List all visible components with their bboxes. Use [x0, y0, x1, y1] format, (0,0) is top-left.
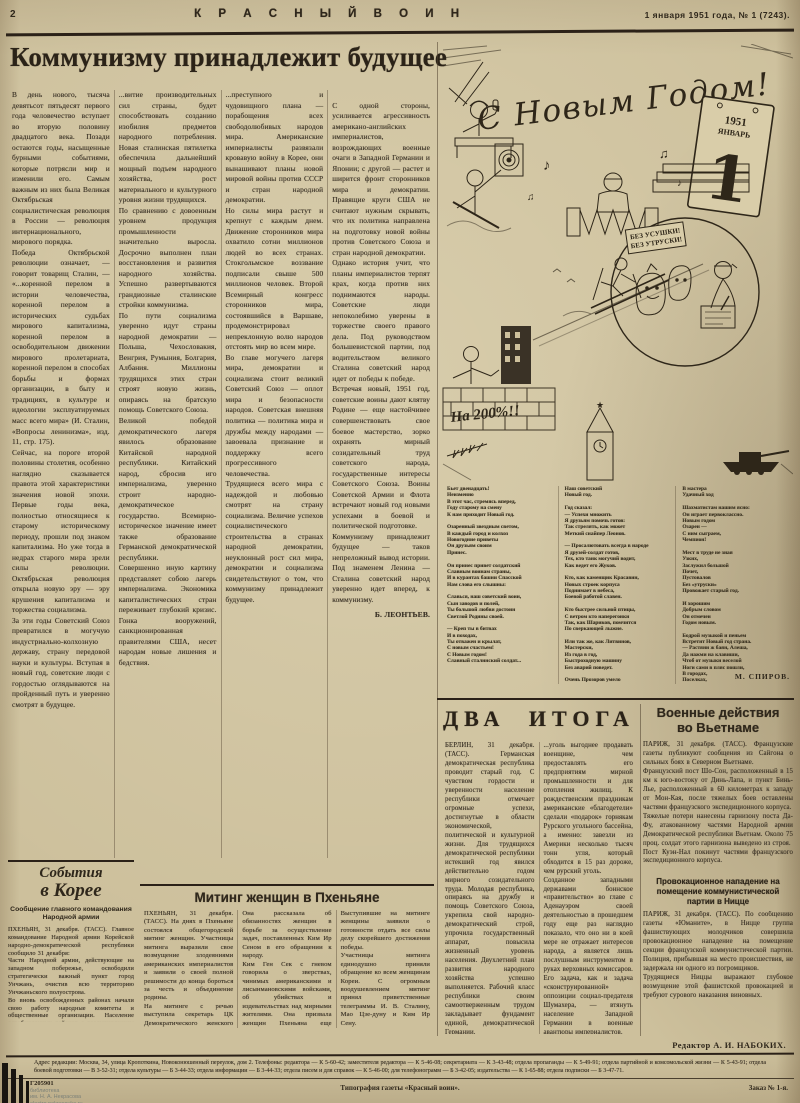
main-article-byline: Б. ЛЕОНТЬЕВ. — [332, 610, 430, 621]
parcel-vignette: БЕЗ УСУШКИ! БЕЗ УТРУСКИ! — [611, 218, 759, 366]
scan-registration-bars — [2, 1061, 32, 1103]
calendar-leaf: 1951 ЯНВАРЬ 1 — [687, 96, 774, 220]
editor-credit: Редактор А. И. НАБОКИХ. — [672, 1040, 786, 1050]
new-year-illustration: С Новым Годом! 1951 ЯНВАРЬ 1 — [441, 44, 793, 482]
newspaper-page: { "masthead": { "page_number": "2", "tit… — [0, 0, 800, 1103]
main-article-column-4-text: С одной стороны, усиливается агрессивнос… — [332, 101, 430, 604]
bricks-percent-label: На 200%!! — [449, 403, 521, 426]
main-article-column-1: В день нового, тысяча девятьсот пятьдеся… — [8, 90, 114, 858]
print-order-number: Заказ № 1-я. — [749, 1084, 788, 1092]
main-article-column-3: ...преступного и чудовищного плана — пор… — [221, 90, 328, 858]
meeting-column-1: ПХЕНЬЯН, 31 декабря. (ТАСС). На днях в П… — [140, 910, 237, 1028]
dva-itoga-column-1: БЕРЛИН, 31 декабря. (ТАСС). Германская д… — [441, 742, 539, 1034]
nice-attack-body: ПАРИЖ, 31 декабря. (ТАСС). По сообщению … — [643, 911, 793, 1031]
poem-column-3: В мастера Удачный ход Шахматистам нашим … — [675, 486, 793, 684]
newspaper-title: К Р А С Н Ы Й В О И Н — [194, 8, 466, 20]
main-article-columns: В день нового, тысяча девятьсот пятьдеся… — [8, 90, 434, 858]
poem-column-2: Наш советский Новый год. Год сказал: — У… — [558, 486, 676, 684]
tower-star-icon: ★ — [596, 400, 604, 410]
vietnam-body: ПАРИЖ, 31 декабря. (ТАСС). Французские г… — [643, 741, 793, 869]
footer-rule-bottom — [6, 1078, 794, 1079]
meeting-column-3: Выступившие на митинге женщины заявили о… — [336, 910, 434, 1028]
dva-itoga-headline: ДВА ИТОГА — [441, 706, 637, 732]
korea-events-article: События в Корее Сообщение главного коман… — [8, 860, 134, 1038]
meeting-column-2: Она рассказала об обязанностях женщин в … — [237, 910, 335, 1028]
rifleman-target-figure — [447, 144, 523, 232]
korea-headline-line2: в Корее — [8, 880, 134, 902]
vietnam-article: Военные действия во Вьетнаме ПАРИЖ, 31 д… — [643, 706, 793, 1036]
poem-column-1: Бьет двенадцать! Неизменно В этот час, с… — [441, 486, 558, 684]
library-stamp-line2: им. Н. А. Некрасова — [30, 1094, 83, 1100]
music-note-icon: ♫ — [659, 146, 669, 161]
skier-figure — [533, 258, 709, 346]
footer-rule-top — [6, 1053, 794, 1058]
editorial-address: Адрес редакции: Москва, 34, улица Кропот… — [34, 1059, 766, 1075]
nice-attack-headline: Провокационное нападение на помещение ко… — [643, 877, 793, 907]
vietnam-headline-line2: во Вьетнаме — [643, 721, 793, 736]
vietnam-headline-line1: Военные действия — [643, 706, 793, 721]
dva-itoga-columns: БЕРЛИН, 31 декабря. (ТАСС). Германская д… — [441, 742, 637, 1034]
issue-date-line: 1 января 1951 года, № 1 (7243). — [645, 10, 790, 20]
meeting-columns: ПХЕНЬЯН, 31 декабря. (ТАСС). На днях в П… — [140, 910, 434, 1028]
printing-house-imprint: Типография газеты «Красный воин». — [250, 1084, 550, 1092]
page-number: 2 — [10, 9, 16, 20]
main-headline: Коммунизму принадлежит будущее — [10, 42, 434, 73]
music-note-icon: ♪ — [543, 158, 551, 174]
korea-body: ПХЕНЬЯН, 31 декабря. (ТАСС). Главное ком… — [8, 926, 134, 1022]
zone-divider-rule — [437, 42, 438, 1036]
poem-byline: М. СПИРОВ. — [600, 672, 790, 681]
bricklayer-figure: На 200%!! — [443, 326, 555, 430]
pyongyang-meeting-article: Митинг женщин в Пхеньяне ПХЕНЬЯН, 31 дек… — [140, 884, 434, 1038]
new-year-illustration-canvas: С Новым Годом! 1951 ЯНВАРЬ 1 — [441, 44, 793, 482]
main-article-column-2: ...витие производительных сил страны, бу… — [114, 90, 221, 858]
kremlin-tower: ★ — [587, 400, 613, 480]
library-stamp: библиотека им. Н. А. Некрасова electro.n… — [30, 1088, 83, 1103]
column-divider-rule — [640, 704, 641, 1036]
tank-silhouette — [723, 451, 789, 475]
main-article-column-4: С одной стороны, усиливается агрессивнос… — [327, 90, 434, 858]
masthead-rule — [6, 29, 794, 37]
masthead: 2 К Р А С Н Ы Й В О И Н 1 января 1951 го… — [10, 8, 790, 20]
new-year-poem: Бьет двенадцать! Неизменно В этот час, с… — [441, 486, 793, 684]
section-rule — [437, 698, 794, 700]
print-code: Г205901 — [30, 1080, 54, 1087]
meeting-headline: Митинг женщин в Пхеньяне — [140, 890, 434, 905]
korea-subhead: Сообщение главного командования Народной… — [10, 906, 132, 923]
fir-branch — [447, 443, 487, 458]
music-note-icon: ♫ — [527, 192, 535, 203]
dva-itoga-column-2: ...уголь выгоднее продавать военщине, че… — [539, 742, 638, 1034]
